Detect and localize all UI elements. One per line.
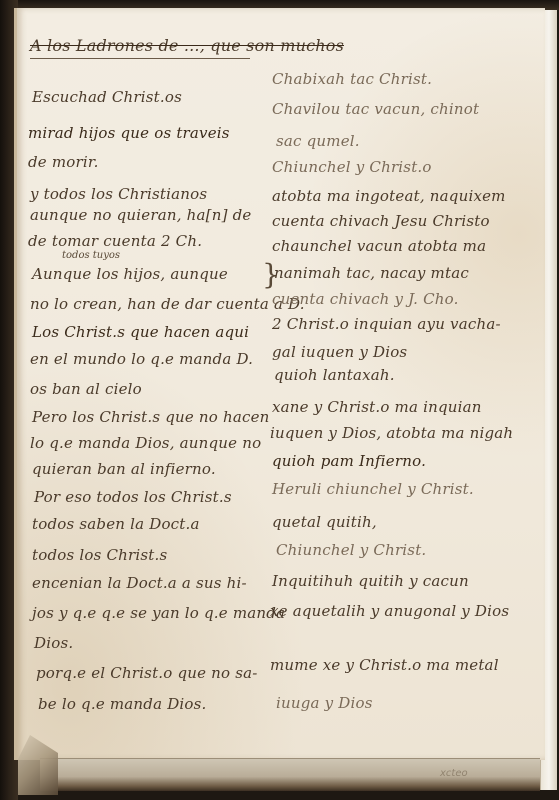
right-line: cuenta chivach y J. Cho. bbox=[272, 290, 459, 308]
left-line: os ban al cielo bbox=[30, 380, 142, 398]
right-line: Chiunchel y Christ. bbox=[276, 541, 426, 559]
right-line: Inquitihuh quitih y cacun bbox=[272, 572, 469, 590]
right-line: Chavilou tac vacun, chinot bbox=[272, 100, 479, 118]
right-line: cuenta chivach Jesu Christo bbox=[272, 212, 490, 230]
left-line: quieran ban al infierno. bbox=[32, 460, 216, 478]
page-heading: A los Ladrones de ..., que son muchos bbox=[30, 36, 344, 55]
right-line: Heruli chiunchel y Christ. bbox=[272, 480, 474, 498]
left-line: porq.e el Christ.o que no sa- bbox=[36, 664, 258, 682]
right-line: quioh lantaxah. bbox=[274, 366, 395, 384]
right-line: xe aquetalih y anugonal y Dios bbox=[270, 602, 509, 620]
right-line: Chiunchel y Christ.o bbox=[272, 158, 432, 176]
left-line: todos los Christ.s bbox=[32, 546, 167, 564]
right-line: chaunchel vacun atobta ma bbox=[272, 237, 486, 255]
right-line: xane y Christ.o ma inquian bbox=[272, 398, 482, 416]
left-line: Por eso todos los Christ.s bbox=[34, 488, 232, 506]
left-line: Pero los Christ.s que no hacen bbox=[32, 408, 270, 426]
right-line: atobta ma ingoteat, naquixem bbox=[272, 187, 506, 205]
left-line: Dios. bbox=[34, 634, 73, 652]
right-line: mume xe y Christ.o ma metal bbox=[270, 656, 499, 674]
heading-underline bbox=[30, 58, 250, 59]
right-line: nanimah tac, nacay mtac bbox=[274, 264, 469, 282]
right-line: sac qumel. bbox=[276, 132, 360, 150]
right-line: iuuga y Dios bbox=[276, 694, 373, 712]
left-line: jos y q.e q.e se yan lo q.e manda bbox=[32, 604, 285, 622]
left-line: de morir. bbox=[28, 153, 99, 171]
left-line: encenian la Doct.a a sus hi- bbox=[32, 574, 247, 592]
right-line: gal iuquen y Dios bbox=[272, 343, 407, 361]
left-line: Los Christ.s que hacen aqui bbox=[32, 323, 249, 341]
right-line: Chabixah tac Christ. bbox=[272, 70, 432, 88]
left-line: Escuchad Christ.os bbox=[32, 88, 182, 106]
interlinear-correction: todos tuyos bbox=[62, 250, 120, 261]
right-line: quioh pam Infierno. bbox=[272, 452, 426, 470]
right-line: iuquen y Dios, atobta ma nigah bbox=[270, 424, 513, 442]
right-line: 2 Christ.o inquian ayu vacha- bbox=[272, 315, 501, 333]
left-line: mirad hijos que os traveis bbox=[28, 124, 230, 142]
bottom-stamp-text: xcteo bbox=[440, 768, 468, 779]
right-line: quetal quitih, bbox=[272, 513, 377, 531]
left-line: Aunque los hijos, aunque bbox=[32, 265, 228, 283]
left-line: be lo q.e manda Dios. bbox=[38, 695, 207, 713]
left-line: todos saben la Doct.a bbox=[32, 515, 200, 533]
left-line: de tomar cuenta 2 Ch. bbox=[28, 232, 202, 250]
left-line: y todos los Christianos bbox=[30, 185, 207, 203]
left-line: en el mundo lo q.e manda D. bbox=[30, 350, 253, 368]
left-line: no lo crean, han de dar cuenta a D. bbox=[30, 295, 305, 313]
left-line: aunque no quieran, ha[n] de bbox=[30, 206, 252, 224]
left-line: lo q.e manda Dios, aunque no bbox=[30, 434, 261, 452]
